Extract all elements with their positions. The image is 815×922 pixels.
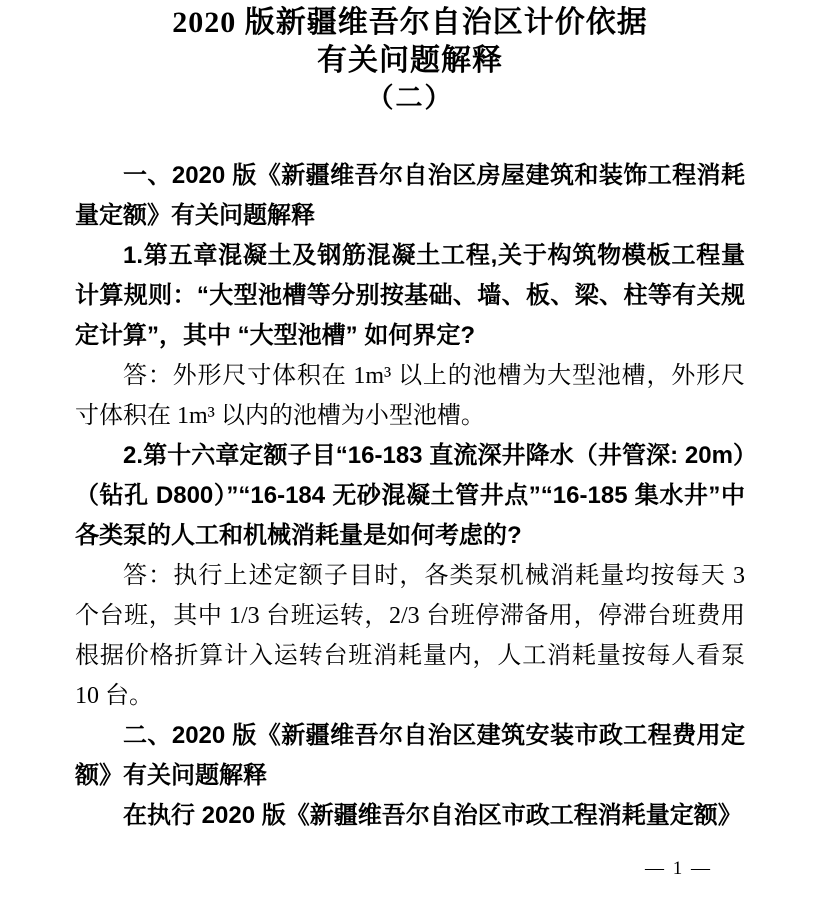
title-line-1: 2020 版新疆维吾尔自治区计价依据 — [75, 4, 745, 42]
document-title: 2020 版新疆维吾尔自治区计价依据 有关问题解释 （二） — [75, 4, 745, 116]
document-content: 2020 版新疆维吾尔自治区计价依据 有关问题解释 （二） 一、2020 版《新… — [75, 4, 745, 836]
question-2: 2.第十六章定额子目“16-183 直流深井降水（井管深: 20m）（钻孔 D8… — [75, 436, 745, 556]
answer-1: 答：外形尺寸体积在 1m³ 以上的池槽为大型池槽，外形尺寸体积在 1m³ 以内的… — [75, 356, 745, 436]
document-body: 一、2020 版《新疆维吾尔自治区房屋建筑和装饰工程消耗量定额》有关问题解释 1… — [75, 156, 745, 836]
section-2-heading: 二、2020 版《新疆维吾尔自治区建筑安装市政工程费用定额》有关问题解释 — [75, 716, 745, 796]
section-1-heading: 一、2020 版《新疆维吾尔自治区房屋建筑和装饰工程消耗量定额》有关问题解释 — [75, 156, 745, 236]
title-line-2: 有关问题解释 — [75, 42, 745, 80]
section-2-intro: 在执行 2020 版《新疆维吾尔自治区市政工程消耗量定额》 — [75, 796, 745, 836]
question-1: 1.第五章混凝土及钢筋混凝土工程,关于构筑物模板工程量计算规则：“大型池槽等分别… — [75, 236, 745, 356]
title-line-3: （二） — [75, 80, 745, 116]
document-page: 2020 版新疆维吾尔自治区计价依据 有关问题解释 （二） 一、2020 版《新… — [0, 0, 815, 922]
page-number: — 1 — — [645, 858, 712, 880]
answer-2: 答：执行上述定额子目时，各类泵机械消耗量均按每天 3 个台班，其中 1/3 台班… — [75, 556, 745, 716]
